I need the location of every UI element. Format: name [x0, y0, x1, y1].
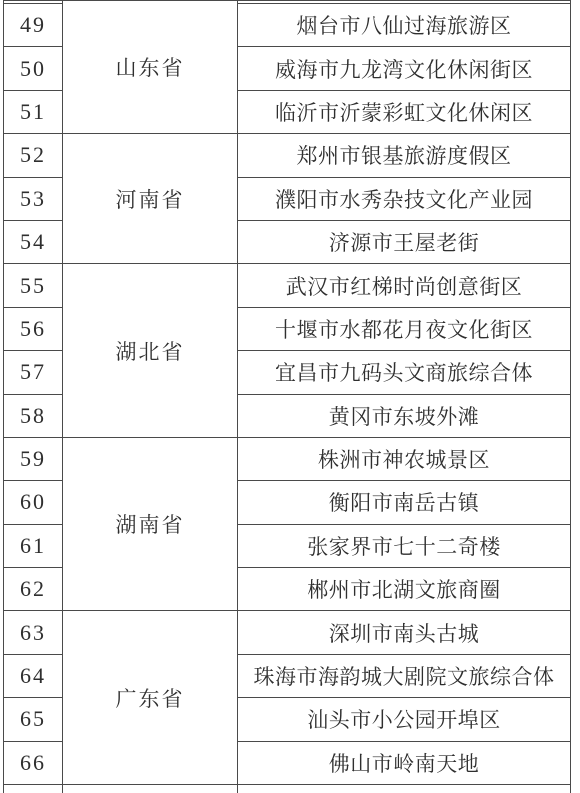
province-cell-shandong: 山东省 — [63, 1, 238, 134]
row-number: 66 — [4, 741, 63, 784]
document-page: 山东省 49 烟台市八仙过海旅游区 50 威海市九龙湾文化休闲街区 51 临沂市… — [0, 0, 580, 793]
province-cell-hunan: 湖南省 — [63, 437, 238, 611]
province-cell-guangdong: 广东省 — [63, 611, 238, 785]
province-cell-henan: 河南省 — [63, 134, 238, 264]
row-number: 57 — [4, 351, 63, 394]
row-number: 62 — [4, 568, 63, 611]
table-row: 59 湖南省 株洲市神农城景区 — [4, 437, 571, 480]
site-name: 株洲市神农城景区 — [238, 437, 571, 480]
partial-row-bottom — [4, 785, 571, 793]
site-name: 济源市王屋老街 — [238, 220, 571, 263]
row-number: 54 — [4, 220, 63, 263]
row-number: 49 — [4, 4, 63, 47]
partial-number-cell — [4, 785, 63, 793]
night-tourism-clusters-table: 山东省 49 烟台市八仙过海旅游区 50 威海市九龙湾文化休闲街区 51 临沂市… — [3, 0, 571, 793]
site-name: 武汉市红梯时尚创意街区 — [238, 264, 571, 307]
site-name: 张家界市七十二奇楼 — [238, 524, 571, 567]
site-name: 衡阳市南岳古镇 — [238, 481, 571, 524]
row-number: 65 — [4, 698, 63, 741]
site-name: 郴州市北湖文旅商圈 — [238, 568, 571, 611]
row-number: 52 — [4, 134, 63, 177]
province-cell-hubei: 湖北省 — [63, 264, 238, 438]
site-name: 威海市九龙湾文化休闲街区 — [238, 47, 571, 90]
row-number: 51 — [4, 90, 63, 133]
site-name: 临沂市沂蒙彩虹文化休闲区 — [238, 90, 571, 133]
site-name: 珠海市海韵城大剧院文旅综合体 — [238, 654, 571, 697]
site-name: 烟台市八仙过海旅游区 — [238, 4, 571, 47]
partial-province-cell — [63, 785, 238, 793]
table-row: 63 广东省 深圳市南头古城 — [4, 611, 571, 654]
row-number: 61 — [4, 524, 63, 567]
row-number: 59 — [4, 437, 63, 480]
row-number: 50 — [4, 47, 63, 90]
partial-name-cell — [238, 785, 571, 793]
site-name: 十堰市水都花月夜文化街区 — [238, 307, 571, 350]
row-number: 63 — [4, 611, 63, 654]
table-row: 55 湖北省 武汉市红梯时尚创意街区 — [4, 264, 571, 307]
site-name: 濮阳市水秀杂技文化产业园 — [238, 177, 571, 220]
site-name: 深圳市南头古城 — [238, 611, 571, 654]
province-label: 山东省 — [63, 44, 237, 90]
row-number: 53 — [4, 177, 63, 220]
site-name: 郑州市银基旅游度假区 — [238, 134, 571, 177]
site-name: 宜昌市九码头文商旅综合体 — [238, 351, 571, 394]
row-number: 60 — [4, 481, 63, 524]
row-number: 55 — [4, 264, 63, 307]
row-number: 56 — [4, 307, 63, 350]
site-name: 汕头市小公园开埠区 — [238, 698, 571, 741]
site-name: 佛山市岭南天地 — [238, 741, 571, 784]
row-number: 64 — [4, 654, 63, 697]
site-name: 黄冈市东坡外滩 — [238, 394, 571, 437]
table-row: 52 河南省 郑州市银基旅游度假区 — [4, 134, 571, 177]
row-number: 58 — [4, 394, 63, 437]
